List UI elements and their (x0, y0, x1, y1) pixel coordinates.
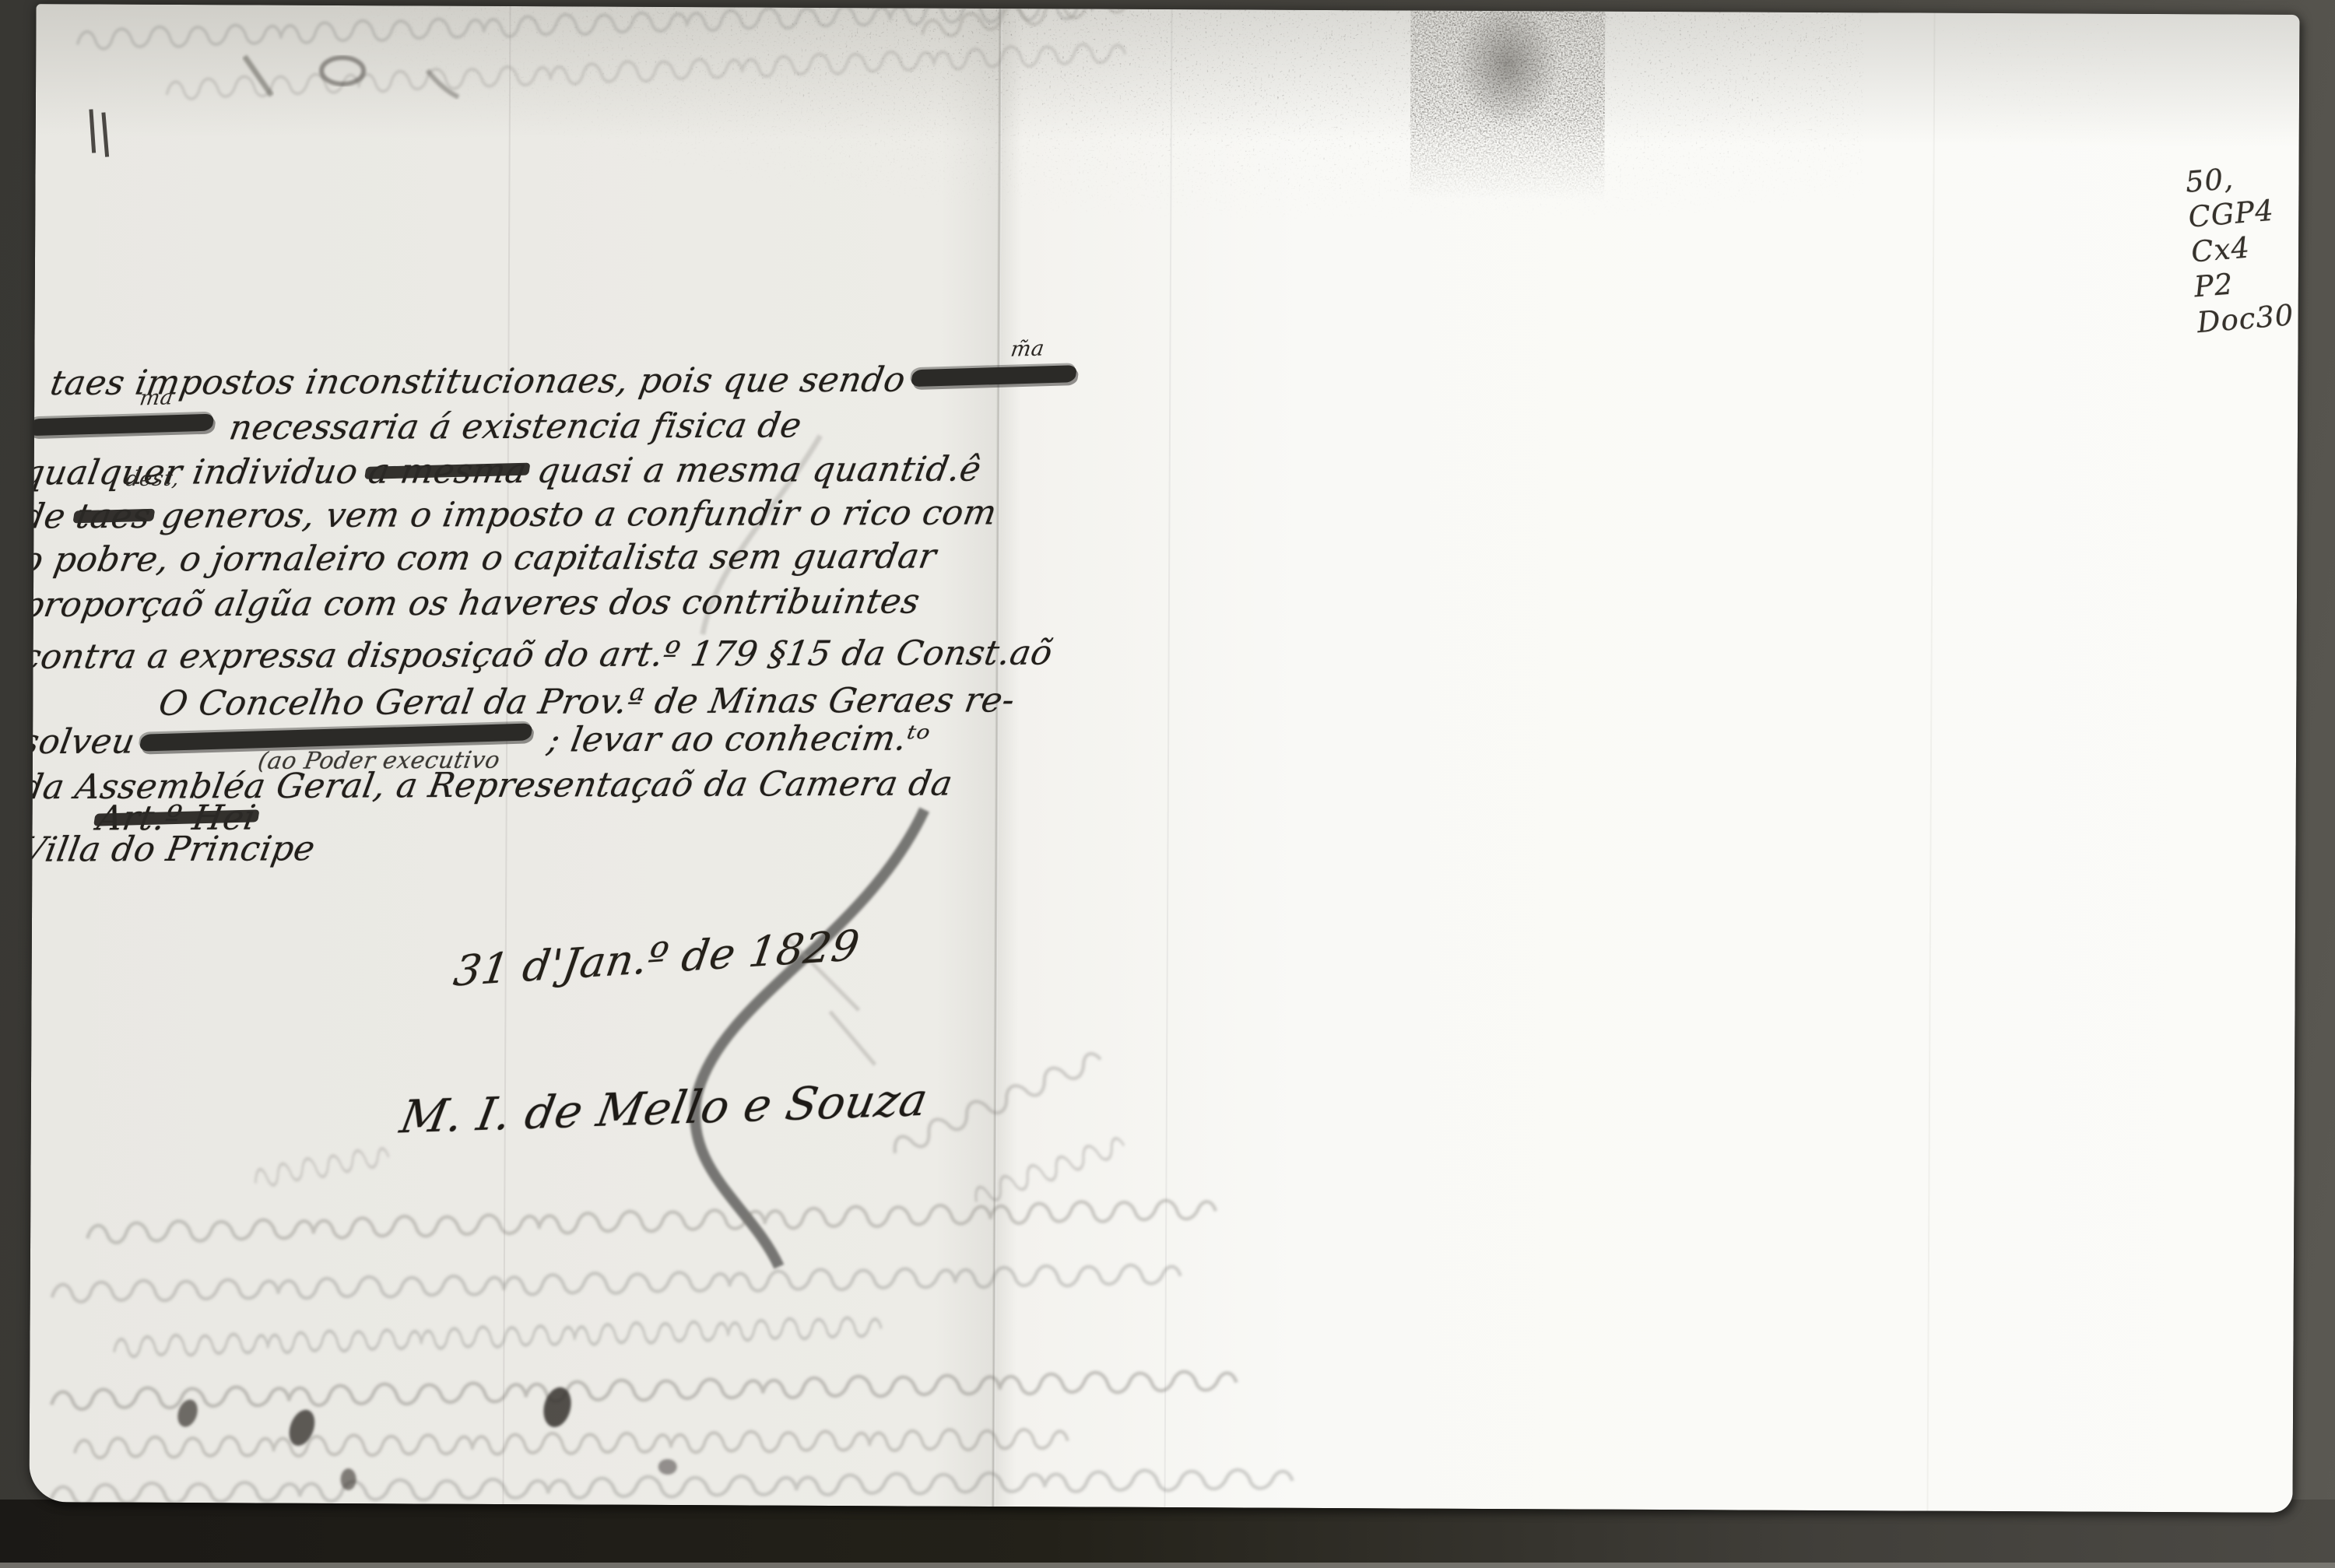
manuscript-words: taes impostos inconstitucionaes, pois qu… (47, 360, 908, 403)
manuscript-words: solveu (29, 722, 138, 763)
interlined-correction: m̃a (1009, 339, 1046, 360)
archival-reference-note: 50,CGP4Cx4P2Doc30 (2184, 154, 2299, 340)
manuscript-words: O Concelho Geral da Prov.ª de Minas Gera… (156, 680, 1018, 723)
manuscript-line: de taesdest, generos, vem o imposto a co… (29, 496, 999, 535)
paper-artifacts-layer: taes impostos inconstitucionaes, pois qu… (29, 4, 2299, 1513)
interlined-correction: dest, (124, 468, 181, 489)
interlined-correction: ma (139, 387, 175, 409)
manuscript-line: O Concelho Geral da Prov.ª de Minas Gera… (156, 683, 1017, 721)
manuscript-line: o pobre, o jornaleiro com o capitalista … (29, 540, 939, 578)
scanned-document-page: { "document": { "kind": "scanned handwri… (0, 0, 2335, 1568)
struck-out-word: a mesma (366, 451, 530, 492)
manuscript-words: Villa do Principe (29, 829, 318, 869)
manuscript-words: de (29, 496, 79, 536)
ink-blot-strikethrough: m̃a (911, 365, 1077, 387)
manuscript-words: necessaria á existencia fisica de (215, 405, 804, 447)
manuscript-words: quasi a mesma quantid.ê (523, 450, 985, 491)
ink-blot-strikethrough: ma (29, 414, 214, 437)
manuscript-line: contra a expressa disposiçaõ do art.º 17… (29, 637, 1055, 675)
manuscript-words: qualquer individuo (29, 452, 372, 493)
manuscript-words: ; levar ao conhecim.ᵗᵒ (533, 719, 932, 760)
manuscript-words: proporçaõ algũa com os haveres dos contr… (29, 582, 922, 626)
struck-out-word: taesdest, (73, 496, 153, 536)
manuscript-line: taes impostos inconstitucionaes, pois qu… (47, 363, 1083, 401)
manuscript-words: generos, vem o imposto a confundir o ric… (147, 493, 1000, 536)
manuscript-line: ma necessaria á existencia fisica de (29, 409, 804, 446)
manuscript-words: o pobre, o jornaleiro com o capitalista … (29, 537, 939, 581)
scanner-edge-strip (0, 1563, 2335, 1568)
manuscript-paper-sheet: taes impostos inconstitucionaes, pois qu… (29, 4, 2299, 1513)
manuscript-line: Villa do Principe (29, 832, 318, 867)
manuscript-line: proporçaõ algũa com os haveres dos contr… (29, 585, 922, 623)
manuscript-words: contra a expressa disposiçaõ do art.º 17… (29, 633, 1055, 677)
